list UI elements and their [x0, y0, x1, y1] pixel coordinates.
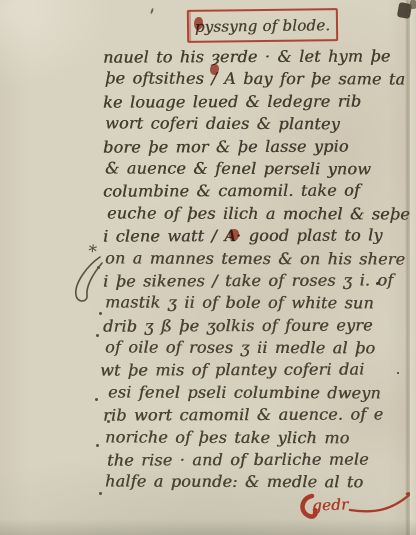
margin-dot-icon: [99, 492, 102, 495]
manuscript-line: rib wort camomil & auence. of e: [103, 404, 415, 428]
manuscript-line: bore þe mor & þe lasse ypio: [103, 135, 415, 159]
manuscript-line: columbine & camomil. take of: [103, 180, 415, 204]
ink-speck: [150, 8, 154, 14]
manuscript-line: þe oftsithes / A bay for þe same ta: [105, 68, 415, 91]
margin-dot-icon: [107, 420, 110, 423]
nota-flourish-icon: [66, 243, 110, 309]
manuscript-page: pyssyng of blode. nauel to his ȝerde · &…: [0, 0, 416, 535]
margin-dot-icon: [99, 312, 102, 315]
page-edge: [410, 0, 416, 535]
manuscript-line: nauel to his ȝerde · & let hym þe: [103, 45, 415, 69]
manuscript-line: wort coferi daies & plantey: [105, 113, 415, 136]
manuscript-line: i þe sikenes / take of roses ʒ i. of: [103, 269, 415, 293]
manuscript-line: i clene watt / A· good plast to ly: [103, 224, 415, 248]
manuscript-line: mastik ʒ ii of bole of white sun: [105, 292, 415, 315]
margin-dot-icon: [95, 398, 98, 401]
ink-speck: [397, 372, 399, 374]
page-title: pyssyng of blode.: [195, 16, 331, 36]
manuscript-line: wt þe mis of plantey coferi dai: [100, 359, 415, 383]
page-corner-shadow: [410, 0, 416, 9]
catchword: gedr: [312, 495, 349, 514]
manuscript-line: esi fenel pseli columbine dweyn: [108, 381, 415, 404]
margin-dot-icon: [96, 334, 99, 337]
manuscript-line: euche of þes ilich a mochel & seþe: [107, 202, 415, 225]
manuscript-line: ke louage leued & ledegre rib: [103, 90, 415, 114]
manuscript-line: drib ʒ ß þe ʒolkis of foure eyre: [103, 314, 415, 338]
manuscript-line: on a mannes temes & on his shere: [105, 247, 415, 270]
title-box: pyssyng of blode.: [187, 8, 338, 43]
manuscript-line: noriche of þes take ylich mo: [105, 426, 415, 449]
ink-speck: [376, 282, 379, 285]
margin-dot-icon: [96, 444, 99, 447]
manuscript-line: the rise · and of barliche mele: [107, 448, 415, 472]
manuscript-line: of oile of roses ʒ ii medle al þo: [105, 337, 415, 360]
margin-dot-icon: [97, 266, 100, 269]
manuscript-line: & auence & fenel perseli ynow: [105, 157, 415, 180]
text-block: nauel to his ȝerde · & let hym þe þe oft…: [103, 46, 415, 494]
